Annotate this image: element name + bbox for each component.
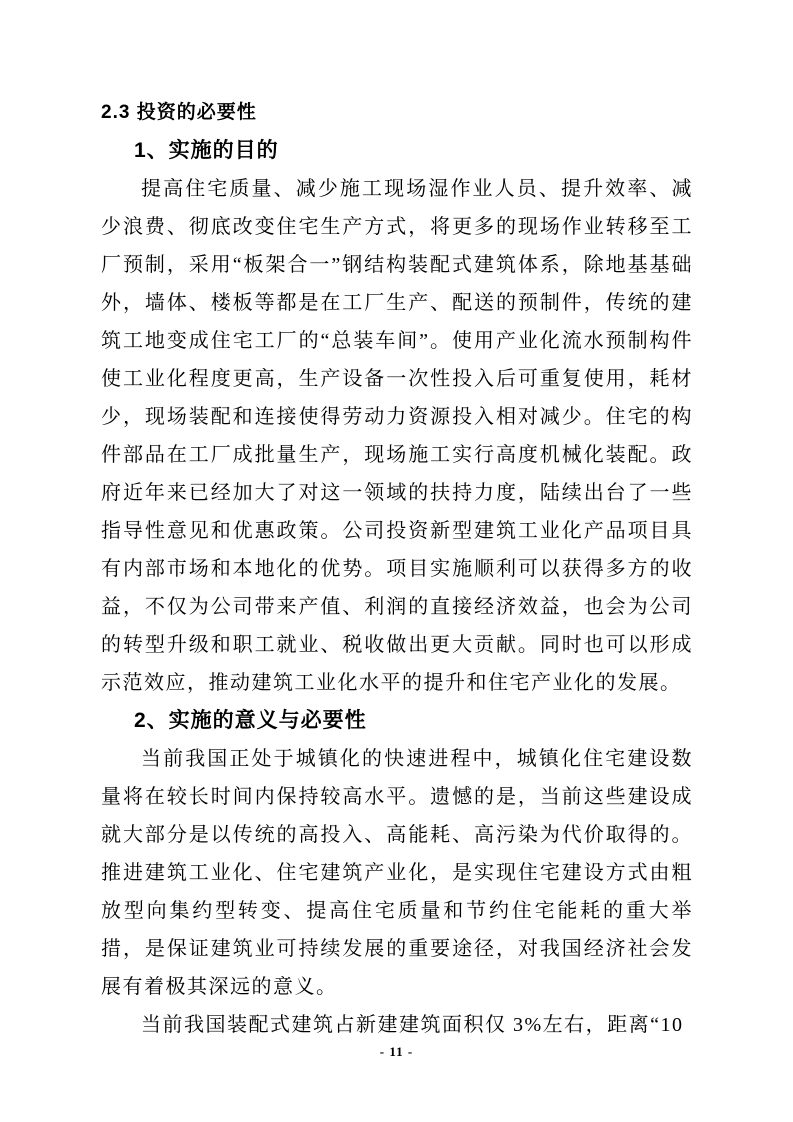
subsection-2-paragraph-1: 当前我国正处于城镇化的快速进程中，城镇化住宅建设数量将在较长时间内保持较高水平。… — [101, 740, 693, 1006]
subsection-2-heading: 2、实施的意义与必要性 — [134, 702, 693, 740]
page-content: 2.3 投资的必要性 1、实施的目的 提高住宅质量、减少施工现场湿作业人员、提升… — [101, 94, 693, 1044]
subsection-1-heading: 1、实施的目的 — [134, 132, 693, 170]
subsection-1-paragraph: 提高住宅质量、减少施工现场湿作业人员、提升效率、减少浪费、彻底改变住宅生产方式，… — [101, 170, 693, 702]
document-page: 2.3 投资的必要性 1、实施的目的 提高住宅质量、减少施工现场湿作业人员、提升… — [0, 0, 793, 1122]
page-number: - 11 - — [0, 1044, 793, 1060]
subsection-2-paragraph-2: 当前我国装配式建筑占新建建筑面积仅 3%左右，距离“10 — [101, 1006, 693, 1044]
section-title: 2.3 投资的必要性 — [101, 94, 693, 132]
